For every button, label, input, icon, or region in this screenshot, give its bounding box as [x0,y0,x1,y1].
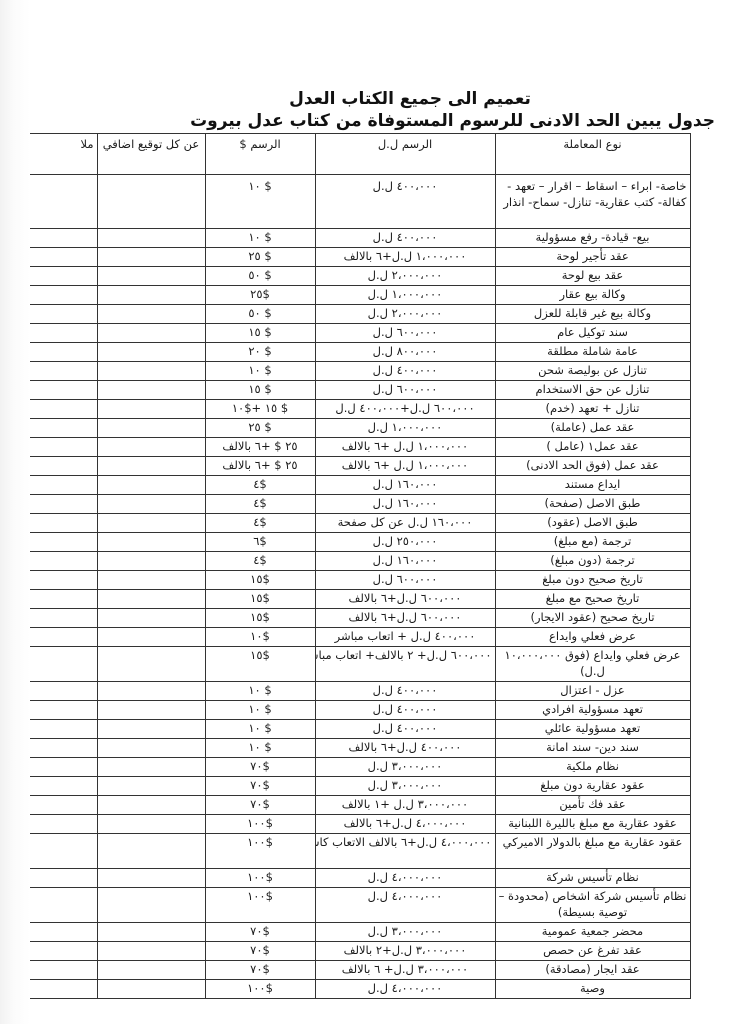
fee-ll-cell: ٤٠٠،٠٠٠ ل.ل [315,720,495,739]
fee-usd-cell: $١٠٠ [205,834,315,869]
extra-signature-cell [97,552,205,571]
fee-usd-cell: $٢٥ [205,286,315,305]
notes-cell [30,286,97,305]
header-notes: ملا [30,134,97,175]
fee-ll-cell: ٤٠٠،٠٠٠ ل.ل [315,682,495,701]
scanned-page: تعميم الى جميع الكتاب العدل جدول يبين ال… [0,0,740,1024]
fee-ll-cell: ١،٠٠٠،٠٠٠ ل.ل [315,286,495,305]
fee-usd-cell: $٤ [205,476,315,495]
extra-signature-cell [97,647,205,682]
extra-signature-cell [97,343,205,362]
fee-usd-cell: $ ١٥ +$١٠ [205,400,315,419]
notes-cell [30,942,97,961]
fee-usd-cell: $ ٢٥ [205,248,315,267]
table-row: عقد ايجار (مصادقة)٣،٠٠٠،٠٠٠ ل.ل+ ٦ بالال… [30,961,690,980]
table-row: عقد بيع لوحة٢،٠٠٠،٠٠٠ ل.ل$ ٥٠ [30,267,690,286]
fee-usd-cell: $ ٥٠ [205,305,315,324]
fee-ll-cell: ٦٠٠،٠٠٠ ل.ل [315,571,495,590]
notes-cell [30,834,97,869]
fee-ll-cell: ٢٥٠،٠٠٠ ل.ل [315,533,495,552]
fee-usd-cell: $ ١٠ [205,739,315,758]
transaction-type-cell: نظام ملكية [495,758,690,777]
transaction-type-cell: ترجمة (دون مبلغ) [495,552,690,571]
notes-cell [30,869,97,888]
transaction-type-cell: تنازل + تعهد (خدم) [495,400,690,419]
notes-cell [30,419,97,438]
table-row: خاصة- ابراء – اسقاط – اقرار – تعهد - كفا… [30,175,690,229]
notes-cell [30,628,97,647]
transaction-type-cell: طبق الاصل (صفحة) [495,495,690,514]
fee-ll-cell: ١،٠٠٠،٠٠٠ ل.ل +٦ بالالف [315,438,495,457]
fee-usd-cell: $ ١٠ [205,720,315,739]
notes-cell [30,796,97,815]
fee-usd-cell: $ ١٠ [205,229,315,248]
fee-ll-cell: ٣،٠٠٠،٠٠٠ ل.ل+٢ بالالف [315,942,495,961]
transaction-type-cell: تنازل عن حق الاستخدام [495,381,690,400]
transaction-type-cell: عقود عقارية دون مبلغ [495,777,690,796]
transaction-type-cell: سند توكيل عام [495,324,690,343]
fee-ll-cell: ٤،٠٠٠،٠٠٠ ل.ل [315,869,495,888]
fee-usd-cell: $١٠٠ [205,888,315,923]
extra-signature-cell [97,438,205,457]
notes-cell [30,229,97,248]
notes-cell [30,324,97,343]
notes-cell [30,777,97,796]
fee-ll-cell: ٣،٠٠٠،٠٠٠ ل.ل [315,758,495,777]
fee-ll-cell: ١٦٠،٠٠٠ ل.ل [315,552,495,571]
fee-ll-cell: ١٦٠،٠٠٠ ل.ل عن كل صفحة [315,514,495,533]
extra-signature-cell [97,590,205,609]
table-row: تاريخ صحيح مع مبلغ٦٠٠،٠٠٠ ل.ل+٦ بالالف$١… [30,590,690,609]
fee-usd-cell: $١٥ [205,647,315,682]
table-row: وكالة بيع عقار١،٠٠٠،٠٠٠ ل.ل$٢٥ [30,286,690,305]
notes-cell [30,514,97,533]
fee-usd-cell: $١٠٠ [205,980,315,999]
notes-cell [30,457,97,476]
fees-table-body: خاصة- ابراء – اسقاط – اقرار – تعهد - كفا… [30,175,690,999]
table-row: سند توكيل عام٦٠٠،٠٠٠ ل.ل$ ١٥ [30,324,690,343]
notes-cell [30,305,97,324]
fee-ll-cell: ١،٠٠٠،٠٠٠ ل.ل +٦ بالالف [315,457,495,476]
fee-usd-cell: ٢٥ $ +٦ بالالف [205,438,315,457]
fee-usd-cell: $٧٠ [205,923,315,942]
transaction-type-cell: نظام تأسيس شركة [495,869,690,888]
fee-ll-cell: ٣،٠٠٠،٠٠٠ ل.ل+ ٦ بالالف [315,961,495,980]
transaction-type-cell: تاريخ صحيح دون مبلغ [495,571,690,590]
transaction-type-cell: تاريخ صحيح (عقود الايجار) [495,609,690,628]
fee-ll-cell: ٦٠٠،٠٠٠ ل.ل [315,381,495,400]
table-row: تنازل + تعهد (خدم)٦٠٠،٠٠٠ ل.ل+٤٠٠،٠٠٠ ل.… [30,400,690,419]
table-row: عقود عقارية دون مبلغ٣،٠٠٠،٠٠٠ ل.ل$٧٠ [30,777,690,796]
table-row: نظام تأسيس شركة اشخاص (محدودة – توصية بس… [30,888,690,923]
notes-cell [30,267,97,286]
extra-signature-cell [97,980,205,999]
transaction-type-cell: ترجمة (مع مبلغ) [495,533,690,552]
extra-signature-cell [97,628,205,647]
fee-usd-cell: $ ٢٠ [205,343,315,362]
notes-cell [30,980,97,999]
extra-signature-cell [97,495,205,514]
fee-usd-cell: $ ٢٥ [205,419,315,438]
table-row: عقود عقارية مع مبلغ بالليرة اللبنانية٤،٠… [30,815,690,834]
table-row: عقد تفرغ عن حصص٣،٠٠٠،٠٠٠ ل.ل+٢ بالالف$٧٠ [30,942,690,961]
header-extra-signature: عن كل توقيع اضافي [97,134,205,175]
transaction-type-cell: عقود عقارية مع مبلغ بالليرة اللبنانية [495,815,690,834]
table-row: تنازل عن حق الاستخدام٦٠٠،٠٠٠ ل.ل$ ١٥ [30,381,690,400]
notes-cell [30,647,97,682]
transaction-type-cell: عقد بيع لوحة [495,267,690,286]
extra-signature-cell [97,362,205,381]
fee-usd-cell: $٦ [205,533,315,552]
document-subtitle: جدول يبين الحد الادنى للرسوم المستوفاة م… [195,110,715,132]
extra-signature-cell [97,720,205,739]
transaction-type-cell: وصية [495,980,690,999]
fee-usd-cell: $ ١٠ [205,362,315,381]
table-row: عقد تأجير لوحة١،٠٠٠،٠٠٠ ل.ل+٦ بالالف$ ٢٥ [30,248,690,267]
extra-signature-cell [97,796,205,815]
document-header: تعميم الى جميع الكتاب العدل جدول يبين ال… [195,88,715,132]
fee-ll-cell: ١٦٠،٠٠٠ ل.ل [315,476,495,495]
table-row: ايداع مستند١٦٠،٠٠٠ ل.ل$٤ [30,476,690,495]
table-row: تنازل عن بوليصة شحن٤٠٠،٠٠٠ ل.ل$ ١٠ [30,362,690,381]
fee-usd-cell: $٤ [205,552,315,571]
notes-cell [30,552,97,571]
fee-ll-cell: ٢،٠٠٠،٠٠٠ ل.ل [315,305,495,324]
fee-ll-cell: ٤٠٠،٠٠٠ ل.ل [315,362,495,381]
fee-ll-cell: ٤،٠٠٠،٠٠٠ ل.ل+٦ بالالف [315,815,495,834]
extra-signature-cell [97,457,205,476]
fee-usd-cell: $١٥ [205,609,315,628]
transaction-type-cell: سند دين- سند امانة [495,739,690,758]
extra-signature-cell [97,815,205,834]
transaction-type-cell: عقد تفرغ عن حصص [495,942,690,961]
table-row: عقد فك تأمين٣،٠٠٠،٠٠٠ ل.ل +١ بالالف$٧٠ [30,796,690,815]
extra-signature-cell [97,888,205,923]
fee-ll-cell: ٣،٠٠٠،٠٠٠ ل.ل +١ بالالف [315,796,495,815]
fee-ll-cell: ٢،٠٠٠،٠٠٠ ل.ل [315,267,495,286]
transaction-type-cell: ايداع مستند [495,476,690,495]
extra-signature-cell [97,701,205,720]
fee-usd-cell: $ ١٠ [205,701,315,720]
fee-usd-cell: $٧٠ [205,942,315,961]
header-fee-ll: الرسم ل.ل [315,134,495,175]
notes-cell [30,175,97,229]
fee-usd-cell: $٧٠ [205,758,315,777]
extra-signature-cell [97,834,205,869]
header-transaction-type: نوع المعاملة [495,134,690,175]
transaction-type-cell: تعهد مسؤولية افرادي [495,701,690,720]
notes-cell [30,381,97,400]
table-row: تعهد مسؤولية عائلي٤٠٠،٠٠٠ ل.ل$ ١٠ [30,720,690,739]
extra-signature-cell [97,267,205,286]
extra-signature-cell [97,533,205,552]
fee-usd-cell: $ ١٥ [205,324,315,343]
fees-table: نوع المعاملة الرسم ل.ل الرسم $ عن كل توق… [30,133,691,999]
extra-signature-cell [97,229,205,248]
transaction-type-cell: وكالة بيع عقار [495,286,690,305]
transaction-type-cell: تعهد مسؤولية عائلي [495,720,690,739]
table-row: بيع- قيادة- رفع مسؤولية٤٠٠،٠٠٠ ل.ل$ ١٠ [30,229,690,248]
table-row: تاريخ صحيح (عقود الايجار)٦٠٠،٠٠٠ ل.ل+٦ ب… [30,609,690,628]
extra-signature-cell [97,381,205,400]
transaction-type-cell: عقد فك تأمين [495,796,690,815]
extra-signature-cell [97,758,205,777]
fee-usd-cell: $ ١٥ [205,381,315,400]
notes-cell [30,438,97,457]
table-header-row: نوع المعاملة الرسم ل.ل الرسم $ عن كل توق… [30,134,690,175]
transaction-type-cell: عقد تأجير لوحة [495,248,690,267]
extra-signature-cell [97,305,205,324]
transaction-type-cell: عزل - اعتزال [495,682,690,701]
fee-ll-cell: ٤٠٠،٠٠٠ ل.ل [315,701,495,720]
transaction-type-cell: عامة شاملة مطلقة [495,343,690,362]
extra-signature-cell [97,739,205,758]
extra-signature-cell [97,476,205,495]
transaction-type-cell: وكالة بيع غير قابلة للعزل [495,305,690,324]
table-row: عامة شاملة مطلقة٨٠٠،٠٠٠ ل.ل$ ٢٠ [30,343,690,362]
transaction-type-cell: عقد عمل (عاملة) [495,419,690,438]
transaction-type-cell: محضر جمعية عمومية [495,923,690,942]
fee-usd-cell: $٧٠ [205,796,315,815]
fee-ll-cell: ١٦٠،٠٠٠ ل.ل [315,495,495,514]
extra-signature-cell [97,175,205,229]
fee-ll-cell: ٦٠٠،٠٠٠ ل.ل+٤٠٠،٠٠٠ ل.ل [315,400,495,419]
fee-usd-cell: $١٥ [205,571,315,590]
table-row: تاريخ صحيح دون مبلغ٦٠٠،٠٠٠ ل.ل$١٥ [30,571,690,590]
transaction-type-cell: عرض فعلي وايداع [495,628,690,647]
table-row: عرض فعلي وايداع٤٠٠،٠٠٠ ل.ل + اتعاب مباشر… [30,628,690,647]
notes-cell [30,739,97,758]
notes-cell [30,362,97,381]
table-row: عقود عقارية مع مبلغ بالدولار الاميركي٤،٠… [30,834,690,869]
fee-usd-cell: $١٥ [205,590,315,609]
transaction-type-cell: عقد عمل (فوق الحد الادنى) [495,457,690,476]
fee-usd-cell: $١٠ [205,628,315,647]
fee-usd-cell: $١٠٠ [205,869,315,888]
transaction-type-cell: خاصة- ابراء – اسقاط – اقرار – تعهد - كفا… [495,175,690,229]
table-row: ترجمة (دون مبلغ)١٦٠،٠٠٠ ل.ل$٤ [30,552,690,571]
fee-usd-cell: $ ١٠ [205,175,315,229]
transaction-type-cell: نظام تأسيس شركة اشخاص (محدودة – توصية بس… [495,888,690,923]
notes-cell [30,495,97,514]
table-row: عقد عمل١ (عامل )١،٠٠٠،٠٠٠ ل.ل +٦ بالالف٢… [30,438,690,457]
transaction-type-cell: عرض فعلي وايداع (فوق ١٠،٠٠٠،٠٠٠ ل.ل) [495,647,690,682]
extra-signature-cell [97,286,205,305]
fee-ll-cell: ٤،٠٠٠،٠٠٠ ل.ل [315,888,495,923]
table-row: طبق الاصل (عقود)١٦٠،٠٠٠ ل.ل عن كل صفحة$٤ [30,514,690,533]
fee-ll-cell: ٤٠٠،٠٠٠ ل.ل [315,229,495,248]
notes-cell [30,571,97,590]
notes-cell [30,815,97,834]
fee-ll-cell: ٦٠٠،٠٠٠ ل.ل [315,324,495,343]
fee-usd-cell: $ ٥٠ [205,267,315,286]
fee-ll-cell: ١،٠٠٠،٠٠٠ ل.ل [315,419,495,438]
table-row: طبق الاصل (صفحة)١٦٠،٠٠٠ ل.ل$٤ [30,495,690,514]
fee-usd-cell: ٢٥ $ +٦ بالالف [205,457,315,476]
extra-signature-cell [97,923,205,942]
transaction-type-cell: تاريخ صحيح مع مبلغ [495,590,690,609]
extra-signature-cell [97,609,205,628]
table-row: تعهد مسؤولية افرادي٤٠٠،٠٠٠ ل.ل$ ١٠ [30,701,690,720]
transaction-type-cell: عقد ايجار (مصادقة) [495,961,690,980]
extra-signature-cell [97,324,205,343]
extra-signature-cell [97,682,205,701]
table-row: عزل - اعتزال٤٠٠،٠٠٠ ل.ل$ ١٠ [30,682,690,701]
transaction-type-cell: تنازل عن بوليصة شحن [495,362,690,381]
table-row: وصية٤،٠٠٠،٠٠٠ ل.ل$١٠٠ [30,980,690,999]
fee-ll-cell: ٤،٠٠٠،٠٠٠ ل.ل+٦ بالالف الاتعاب كاش بالدو… [315,834,495,869]
header-fee-usd: الرسم $ [205,134,315,175]
fee-ll-cell: ٨٠٠،٠٠٠ ل.ل [315,343,495,362]
table-row: نظام ملكية٣،٠٠٠،٠٠٠ ل.ل$٧٠ [30,758,690,777]
notes-cell [30,682,97,701]
extra-signature-cell [97,869,205,888]
extra-signature-cell [97,419,205,438]
fee-ll-cell: ٤٠٠،٠٠٠ ل.ل [315,175,495,229]
fee-usd-cell: $٧٠ [205,961,315,980]
notes-cell [30,590,97,609]
notes-cell [30,961,97,980]
table-row: نظام تأسيس شركة٤،٠٠٠،٠٠٠ ل.ل$١٠٠ [30,869,690,888]
table-row: عقد عمل (عاملة)١،٠٠٠،٠٠٠ ل.ل$ ٢٥ [30,419,690,438]
fee-usd-cell: $٤ [205,514,315,533]
table-row: عرض فعلي وايداع (فوق ١٠،٠٠٠،٠٠٠ ل.ل)٦٠٠،… [30,647,690,682]
notes-cell [30,888,97,923]
transaction-type-cell: بيع- قيادة- رفع مسؤولية [495,229,690,248]
notes-cell [30,343,97,362]
transaction-type-cell: طبق الاصل (عقود) [495,514,690,533]
fee-ll-cell: ٣،٠٠٠،٠٠٠ ل.ل [315,923,495,942]
fee-ll-cell: ٦٠٠،٠٠٠ ل.ل+ ٢ بالالف+ اتعاب مباشر [315,647,495,682]
notes-cell [30,758,97,777]
extra-signature-cell [97,248,205,267]
fee-usd-cell: $ ١٠ [205,682,315,701]
transaction-type-cell: عقود عقارية مع مبلغ بالدولار الاميركي [495,834,690,869]
fee-ll-cell: ٦٠٠،٠٠٠ ل.ل+٦ بالالف [315,590,495,609]
notes-cell [30,476,97,495]
table-row: محضر جمعية عمومية٣،٠٠٠،٠٠٠ ل.ل$٧٠ [30,923,690,942]
fee-ll-cell: ٤٠٠،٠٠٠ ل.ل + اتعاب مباشر [315,628,495,647]
transaction-type-cell: عقد عمل١ (عامل ) [495,438,690,457]
fee-usd-cell: $١٠٠ [205,815,315,834]
fee-ll-cell: ١،٠٠٠،٠٠٠ ل.ل+٦ بالالف [315,248,495,267]
table-row: ترجمة (مع مبلغ)٢٥٠،٠٠٠ ل.ل$٦ [30,533,690,552]
table-row: سند دين- سند امانة٤٠٠،٠٠٠ ل.ل+٦ بالالف$ … [30,739,690,758]
extra-signature-cell [97,400,205,419]
notes-cell [30,609,97,628]
extra-signature-cell [97,571,205,590]
table-row: عقد عمل (فوق الحد الادنى)١،٠٠٠،٠٠٠ ل.ل +… [30,457,690,476]
notes-cell [30,720,97,739]
fee-usd-cell: $٧٠ [205,777,315,796]
notes-cell [30,923,97,942]
extra-signature-cell [97,942,205,961]
fee-ll-cell: ٤٠٠،٠٠٠ ل.ل+٦ بالالف [315,739,495,758]
table-row: وكالة بيع غير قابلة للعزل٢،٠٠٠،٠٠٠ ل.ل$ … [30,305,690,324]
extra-signature-cell [97,514,205,533]
notes-cell [30,400,97,419]
extra-signature-cell [97,777,205,796]
notes-cell [30,701,97,720]
fee-usd-cell: $٤ [205,495,315,514]
document-title: تعميم الى جميع الكتاب العدل [195,88,715,110]
notes-cell [30,533,97,552]
fee-ll-cell: ٦٠٠،٠٠٠ ل.ل+٦ بالالف [315,609,495,628]
notes-cell [30,248,97,267]
fee-ll-cell: ٤،٠٠٠،٠٠٠ ل.ل [315,980,495,999]
extra-signature-cell [97,961,205,980]
fee-ll-cell: ٣،٠٠٠،٠٠٠ ل.ل [315,777,495,796]
